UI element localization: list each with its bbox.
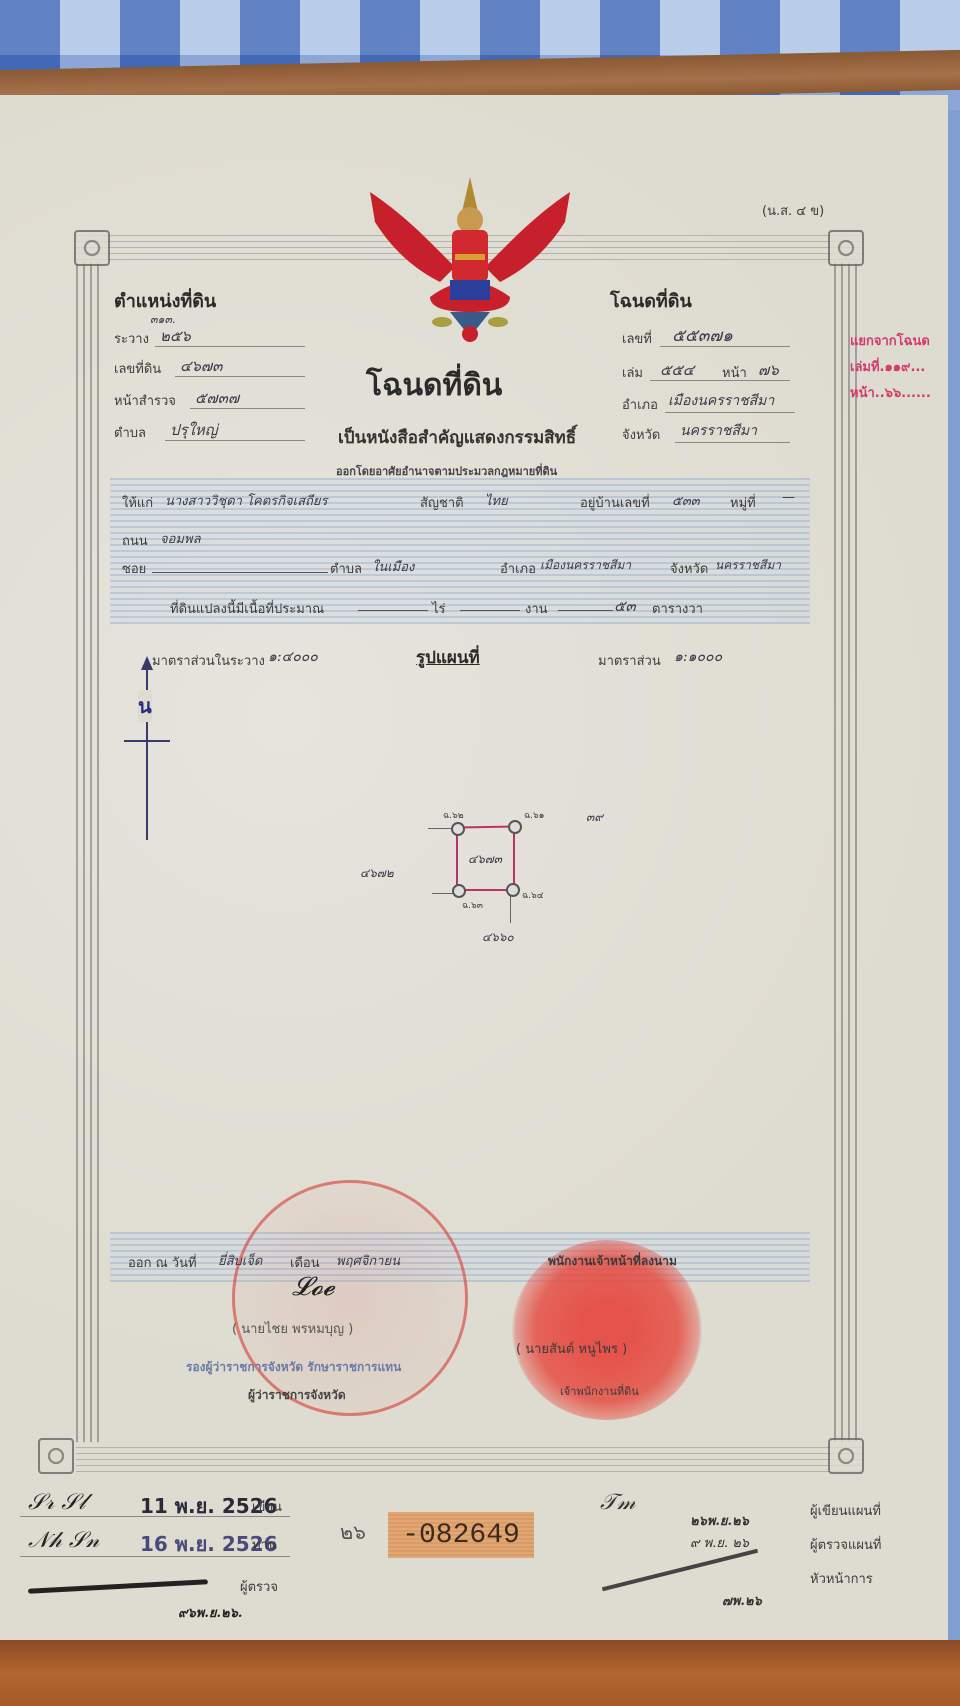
border-right [834, 262, 862, 1442]
wa-value: ๕๓ [614, 594, 636, 618]
north-arrow-head [141, 656, 153, 670]
rawang-label: ระวาง [114, 328, 149, 349]
tambon-value: ปรุใหญ่ [170, 418, 218, 442]
document-subtitle: เป็นหนังสือสำคัญแสดงกรรมสิทธิ์ [338, 424, 576, 451]
area-label: ที่ดินแปลงนี้มีเนื้อที่ประมาณ [170, 598, 324, 619]
rai-blank-line [358, 610, 428, 611]
road-label: ถนน [122, 530, 148, 551]
split-note-line1: แยกจากโฉนด [850, 330, 930, 351]
field-line [20, 1556, 290, 1557]
rai-unit: ไร่ [432, 598, 446, 619]
issued-by-text: ออกโดยอาศัยอำนาจตามประมวลกฎหมายที่ดิน [336, 462, 557, 480]
field-line [20, 1516, 290, 1517]
province-value: นครราชสีมา [680, 420, 757, 442]
date-reviewed-suffix: ทาน [252, 1534, 277, 1555]
sheet-number: ๒๖ [340, 1516, 366, 1548]
field-line [190, 408, 305, 409]
map-writer-label: ผู้เขียนแผนที่ [810, 1500, 881, 1521]
wa-unit: ตารางวา [652, 598, 703, 619]
head-label: หัวหน้าการ [810, 1568, 873, 1589]
moo-value: — [782, 490, 795, 505]
soi-label: ซอย [122, 558, 146, 579]
corner-ornament-icon [828, 1438, 864, 1474]
subdistrict-value: ในเมือง [372, 556, 414, 577]
province-label: จังหวัด [622, 424, 660, 445]
rawang-value: ๒๕๖ [160, 324, 191, 348]
book-value: ๕๕๔ [660, 358, 694, 382]
moo-label: หมู่ที่ [730, 492, 756, 513]
pin-ne-label: ฉ.๖๑ [524, 808, 544, 822]
scale-value: ๑:๑๐๐๐ [674, 646, 722, 668]
field-line [650, 380, 790, 381]
border-bottom [76, 1444, 862, 1472]
owner-province-label: จังหวัด [670, 558, 708, 579]
boundary-pin-icon [451, 822, 465, 836]
corner-ornament-icon [74, 230, 110, 266]
reviewer-signature: 𝒩𝒽 𝒮𝓃 [28, 1528, 99, 1553]
issue-month-value: พฤศจิกายน [336, 1250, 400, 1271]
field-line [660, 346, 790, 347]
field-line [675, 442, 790, 443]
house-no-value: ๕๓๓ [672, 490, 700, 511]
scale-label: มาตราส่วน [598, 650, 661, 671]
checker-note: ๙๖พ.ย.๒๖. [178, 1602, 242, 1623]
boundary-pin-icon [508, 820, 522, 834]
tambon-label: ตำบล [114, 422, 146, 443]
map-writer-signature: 𝒯𝓂 [600, 1490, 636, 1515]
soi-blank-line [152, 572, 328, 573]
field-line [665, 412, 795, 413]
governor-signature: 𝓛𝓸𝓮 [292, 1272, 334, 1303]
land-no-value: ๔๖๗๓ [180, 354, 222, 378]
map-checker-label: ผู้ตรวจแผนที่ [810, 1534, 881, 1555]
governor-seal-stamp [232, 1180, 468, 1416]
amphoe-label: อำเภอ [622, 394, 658, 415]
right-date-1: ๒๖พ.ย.๒๖ [690, 1510, 749, 1531]
wa-blank-line [558, 610, 613, 611]
ngan-blank-line [460, 610, 520, 611]
issue-day-value: ยี่สิบเจ็ด [218, 1250, 262, 1271]
pin-se-label: ฉ.๖๔ [522, 888, 544, 902]
north-arrow-icon [146, 660, 148, 840]
land-no-label: เลขที่ดิน [114, 358, 161, 379]
nationality-value: ไทย [485, 490, 508, 511]
scale-in-rawang-label: มาตราส่วนในระวาง [152, 650, 265, 671]
official-name: ( นายสันต์ หนูไพร ) [516, 1338, 627, 1359]
official-title: เจ้าพนักงานที่ดิน [560, 1382, 639, 1400]
issue-date-label: ออก ณ วันที่ [128, 1252, 197, 1273]
amphoe-value: เมืองนครราชสีมา [668, 390, 774, 412]
governor-name: ( นายไชย พรหมบุญ ) [232, 1318, 353, 1339]
north-label: น [138, 690, 152, 722]
deed-info-heading: โฉนดที่ดิน [610, 286, 692, 315]
subdistrict-label: ตำบล [330, 558, 362, 579]
split-note-line3: หน้า..๖๖...... [850, 382, 931, 403]
folder-edge-bottom [0, 1640, 960, 1706]
nationality-label: สัญชาติ [420, 492, 464, 513]
grantee-label: ให้แก่ [122, 492, 153, 513]
ngan-unit: งาน [525, 598, 548, 619]
date-written-suffix: เขียน [252, 1496, 282, 1517]
neighbor-south: ๔๖๖๐ [482, 928, 514, 947]
governor-title: รองผู้ว่าราชการจังหวัด รักษาราชการแทน [186, 1358, 401, 1377]
owner-province-value: นครราชสีมา [715, 556, 781, 575]
grantee-value: นางสาววิชุดา โคตรกิจเสถียร [165, 490, 328, 511]
writer-signature: 𝒮𝓇 𝒮𝓁 [28, 1490, 86, 1515]
field-line [175, 376, 305, 377]
form-code: (น.ส. ๔ ข) [762, 200, 824, 221]
deed-no-label: เลขที่ [622, 328, 652, 349]
corner-ornament-icon [38, 1438, 74, 1474]
corner-ornament-icon [828, 230, 864, 266]
right-date-2: ๙ พ.ย. ๒๖ [690, 1532, 749, 1553]
pin-sw-label: ฉ.๖๓ [462, 898, 483, 912]
neighbor-west: ๔๖๗๒ [360, 864, 394, 883]
garuda-emblem-icon [360, 172, 580, 347]
boundary-pin-icon [506, 883, 520, 897]
right-note: ๗พ.๒๖ [722, 1590, 762, 1611]
boundary-pin-icon [452, 884, 466, 898]
road-value: จอมพล [160, 528, 201, 549]
neighbor-ne: ๓๙ [586, 808, 603, 827]
document-title: โฉนดที่ดิน [366, 362, 502, 409]
district-value: เมืองนครราชสีมา [540, 556, 631, 575]
house-no-label: อยู่บ้านเลขที่ [580, 492, 650, 513]
district-label: อำเภอ [500, 558, 536, 579]
deed-no-value: ๕๕๓๗๑ [672, 322, 733, 349]
split-note-line2: เล่มที่.๑๑๙... [850, 356, 925, 377]
north-crossbar [124, 740, 170, 742]
scale-in-rawang-value: ๑:๔๐๐๐ [268, 646, 318, 668]
field-line [155, 346, 305, 347]
pin-nw-label: ฉ.๖๒ [443, 808, 464, 822]
checker-label: ผู้ตรวจ [240, 1576, 278, 1597]
official-label: พนักงานเจ้าหน้าที่ลงนาม [548, 1252, 677, 1271]
governor-title2: ผู้ว่าราชการจังหวัด [248, 1386, 346, 1405]
field-line [165, 440, 305, 441]
serial-number-label: -082649 [388, 1512, 534, 1558]
survey-page-value: ๕๗๓๗ [195, 386, 239, 410]
parcel-number: ๔๖๗๓ [468, 850, 502, 869]
border-left [76, 262, 104, 1442]
page-value: ๗๖ [758, 358, 779, 382]
survey-page-label: หน้าสำรวจ [114, 390, 176, 411]
book-label: เล่ม [622, 362, 643, 383]
map-title: รูปแผนที่ [416, 644, 480, 671]
issue-month-label: เดือน [290, 1252, 320, 1273]
